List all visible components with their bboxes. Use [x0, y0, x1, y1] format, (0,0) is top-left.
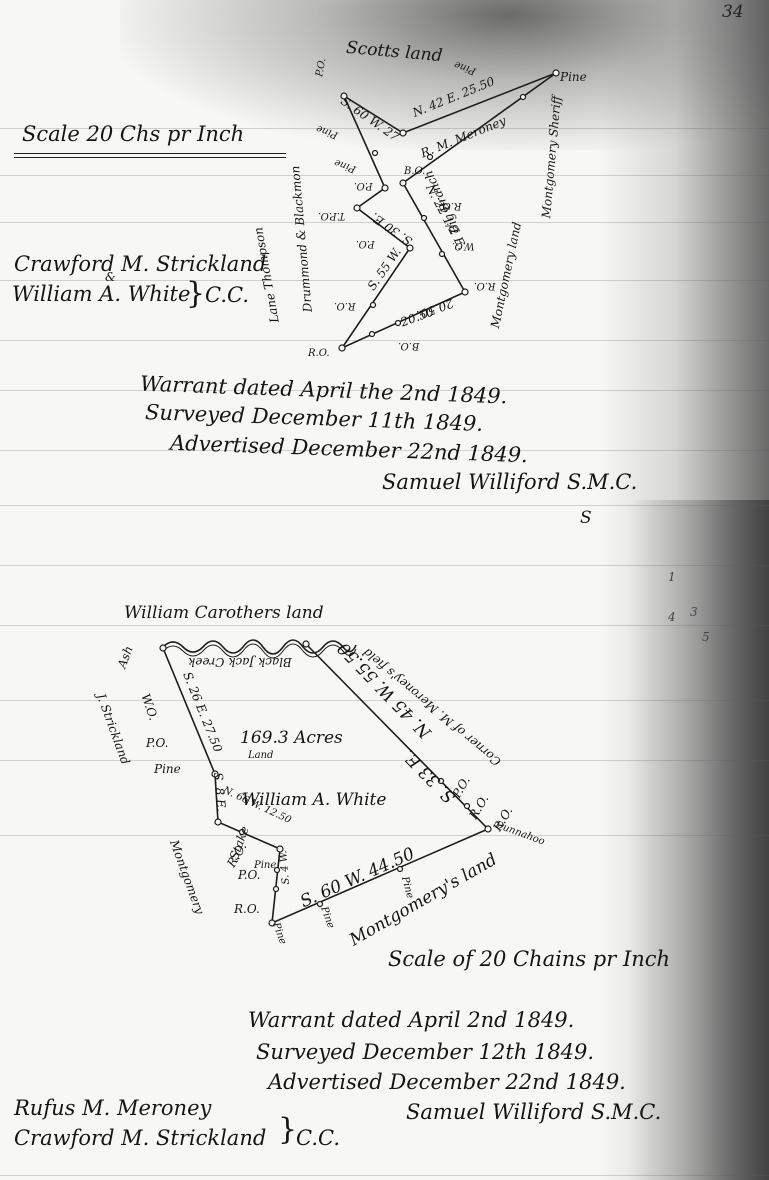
survey2-area-sub: Land: [248, 750, 273, 761]
survey2-cc-suffix: C.C.: [296, 1126, 340, 1150]
survey2-corner-label: R.O.: [234, 902, 260, 916]
survey2-corner-label: P.O.: [146, 736, 168, 750]
survey2-owner: William A. White: [242, 790, 386, 810]
survey2-advertised: Advertised December 22nd 1849.: [268, 1070, 626, 1094]
survey2-surveyed: Surveyed December 12th 1849.: [256, 1040, 594, 1064]
survey2-corner-label: Pine: [154, 762, 181, 776]
survey2-chain-carrier-2: Crawford M. Strickland: [14, 1126, 266, 1150]
survey2-plat-diagram: [0, 0, 769, 1180]
survey2-corner-label: P.O.: [238, 868, 260, 882]
survey2-chain-carrier-1: Rufus M. Meroney: [14, 1096, 211, 1120]
survey2-surveyor-signature: Samuel Williford S.M.C.: [406, 1100, 661, 1124]
document-page: 34 Scale 20 Chs pr Inch Crawford M. Stri…: [0, 0, 769, 1180]
survey2-warrant: Warrant dated April 2nd 1849.: [248, 1008, 574, 1032]
survey2-area: 169.3 Acres: [240, 728, 343, 748]
brace: }: [278, 1112, 297, 1147]
survey2-scale: Scale of 20 Chains pr Inch: [388, 947, 670, 971]
survey2-creek-label: Black Jack Creek: [188, 655, 292, 669]
